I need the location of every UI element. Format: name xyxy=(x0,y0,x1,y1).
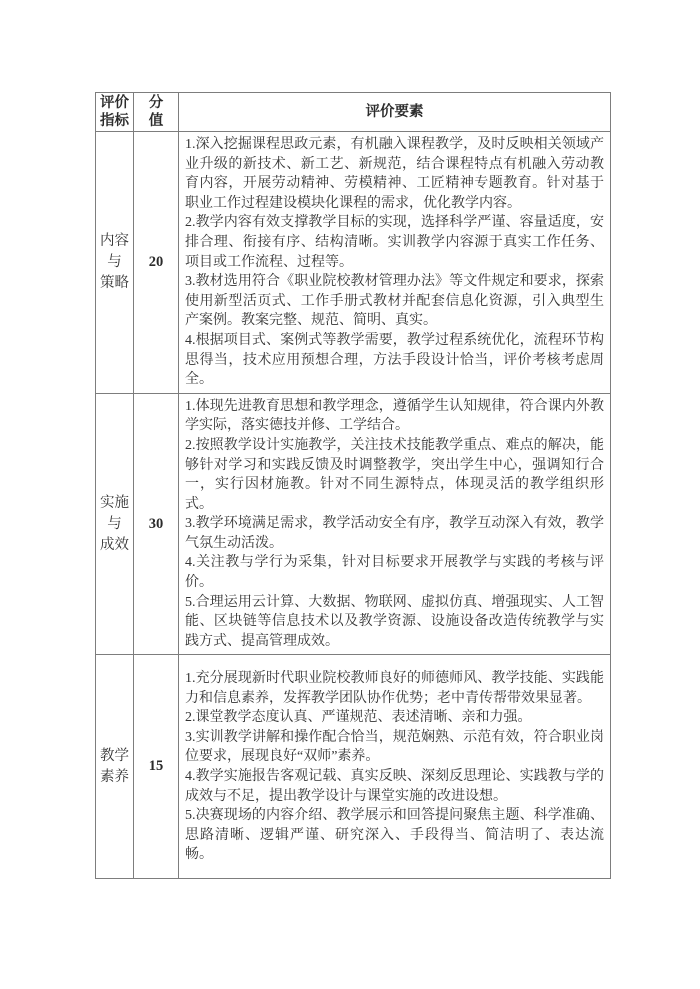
criteria-item: 2.课堂教学态度认真、严谨规范、表述清晰、亲和力强。 xyxy=(185,708,604,728)
indicator-line: 教学 xyxy=(96,746,133,767)
criteria-item: 1.充分展现新时代职业院校教师良好的师德师风、教学技能、实践能力和信息素养，发挥… xyxy=(185,669,604,708)
header-score-label: 分值 xyxy=(149,94,164,130)
criteria-item: 1.深入挖掘课程思政元素，有机融入课程教学，及时反映相关领域产业升级的新技术、新… xyxy=(185,135,604,213)
indicator-line: 与 xyxy=(96,514,133,535)
indicator-cell: 内容 与 策略 xyxy=(96,132,134,394)
criteria-item: 2.教学内容有效支撑教学目标的实现，选择科学严谨、容量适度，安排合理、衔接有序、… xyxy=(185,213,604,272)
criteria-item: 3.教学环境满足需求，教学活动安全有序，教学互动深入有效，教学气氛生动活泼。 xyxy=(185,514,604,553)
header-row: 评价指标 分值 评价要素 xyxy=(96,93,611,132)
criteria-cell: 1.深入挖掘课程思政元素，有机融入课程教学，及时反映相关领域产业升级的新技术、新… xyxy=(179,132,611,394)
criteria-item: 4.关注教与学行为采集，针对目标要求开展教学与实践的考核与评价。 xyxy=(185,553,604,592)
criteria-item: 4.根据项目式、案例式等教学需要，教学过程系统优化，流程环节构思得当，技术应用预… xyxy=(185,331,604,390)
header-indicator-label: 评价指标 xyxy=(100,94,129,130)
criteria-cell: 1.充分展现新时代职业院校教师良好的师德师风、教学技能、实践能力和信息素养，发挥… xyxy=(179,655,611,879)
criteria-cell: 1.体现先进教育思想和教学理念，遵循学生认知规律，符合课内外教学实际，落实德技并… xyxy=(179,393,611,655)
indicator-cell: 教学 素养 xyxy=(96,655,134,879)
criteria-item: 4.教学实施报告客观记载、真实反映、深刻反思理论、实践教与学的成效与不足，提出教… xyxy=(185,767,604,806)
indicator-line: 素养 xyxy=(96,767,133,788)
indicator-line: 实施 xyxy=(96,493,133,514)
table-row-content-strategy: 内容 与 策略 20 1.深入挖掘课程思政元素，有机融入课程教学，及时反映相关领… xyxy=(96,132,611,394)
header-score: 分值 xyxy=(134,93,179,132)
score-cell: 20 xyxy=(134,132,179,394)
indicator-line: 内容 xyxy=(96,231,133,252)
indicator-line: 成效 xyxy=(96,535,133,556)
table-row-teaching-competence: 教学 素养 15 1.充分展现新时代职业院校教师良好的师德师风、教学技能、实践能… xyxy=(96,655,611,879)
indicator-line: 与 xyxy=(96,252,133,273)
table-row-implementation-results: 实施 与 成效 30 1.体现先进教育思想和教学理念，遵循学生认知规律，符合课内… xyxy=(96,393,611,655)
indicator-line: 策略 xyxy=(96,273,133,294)
document-page: 评价指标 分值 评价要素 内容 与 策略 20 1.深入挖掘课程思政元素，有机融… xyxy=(0,0,700,989)
score-cell: 30 xyxy=(134,393,179,655)
criteria-item: 2.按照教学设计实施教学，关注技术技能教学重点、难点的解决，能够针对学习和实践反… xyxy=(185,436,604,514)
criteria-item: 5.决赛现场的内容介绍、教学展示和回答提问聚焦主题、科学准确、思路清晰、逻辑严谨… xyxy=(185,806,604,865)
header-indicator: 评价指标 xyxy=(96,93,134,132)
criteria-item: 3.实训教学讲解和操作配合恰当，规范娴熟、示范有效，符合职业岗位要求，展现良好“… xyxy=(185,728,604,767)
score-cell: 15 xyxy=(134,655,179,879)
header-criteria: 评价要素 xyxy=(179,93,611,132)
evaluation-table: 评价指标 分值 评价要素 内容 与 策略 20 1.深入挖掘课程思政元素，有机融… xyxy=(95,92,611,879)
criteria-item: 5.合理运用云计算、大数据、物联网、虚拟仿真、增强现实、人工智能、区块链等信息技… xyxy=(185,593,604,652)
criteria-item: 1.体现先进教育思想和教学理念，遵循学生认知规律，符合课内外教学实际，落实德技并… xyxy=(185,397,604,436)
criteria-item: 3.教材选用符合《职业院校教材管理办法》等文件规定和要求，探索使用新型活页式、工… xyxy=(185,272,604,331)
indicator-cell: 实施 与 成效 xyxy=(96,393,134,655)
